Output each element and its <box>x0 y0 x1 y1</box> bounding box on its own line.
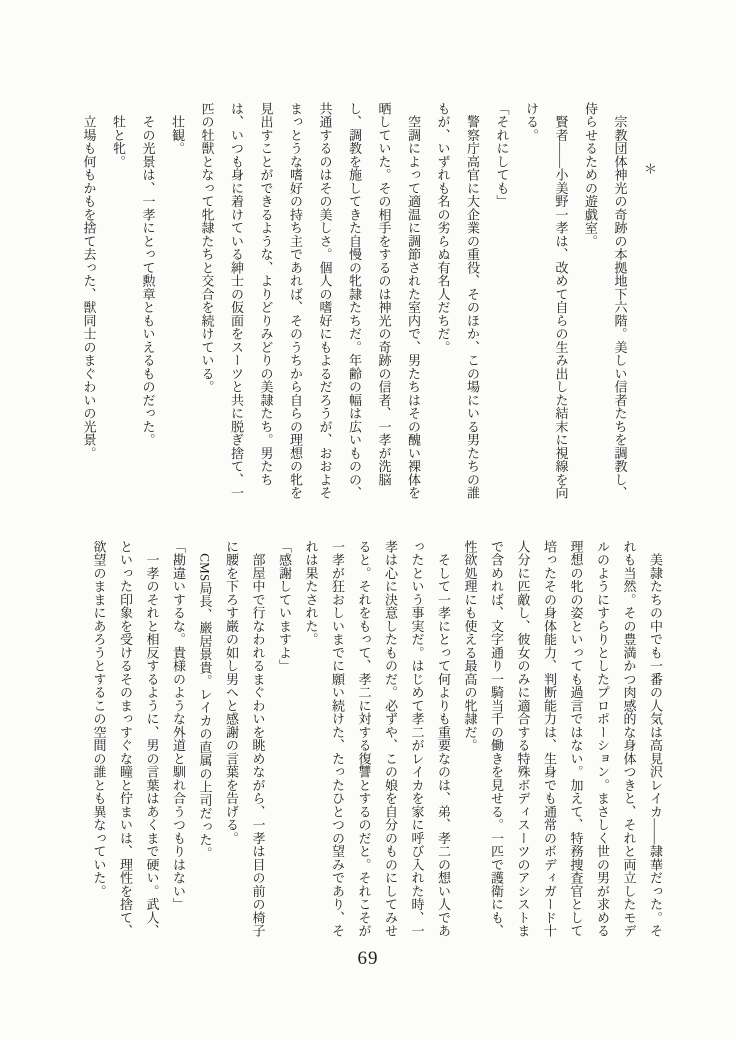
text-line: その光景は、一孝にとって勲章ともいえるものだった。 <box>133 102 163 502</box>
scanned-book-page: ＊ 宗教団体神光の奇跡の本拠地下六階。美しい信者たちを調教し、侍らせるための遊戯… <box>0 0 736 1039</box>
text-line: 共通するのはその美しさ。個人の嗜好にもよるだろうが、おおよそ <box>310 102 340 502</box>
text-line: 「感謝していますよ」 <box>271 540 298 940</box>
text-line: 立場も何もかもを捨て去った、獣同士のまぐわいの光景。 <box>74 102 104 502</box>
text-line: 宗教団体神光の奇跡の本拠地下六階。美しい信者たちを調教し、 <box>605 102 635 502</box>
text-line: 牡と牝。 <box>104 102 134 502</box>
text-line: 「勘違いするな。貴様のような外道と馴れ合うつもりはない」 <box>165 540 192 940</box>
text-line: そして一孝にとって何よりも重要なのは、弟、孝二の想い人であ <box>430 540 457 940</box>
text-line: 部屋中で行なわれるまぐわいを眺めながら、一孝は目の前の椅子 <box>244 540 271 940</box>
text-line: 欲望のままにあろうとするこの空間の誰とも異なっていた。 <box>85 540 112 940</box>
text-line: もが、いずれも名の劣らぬ有名人だちだ。 <box>428 102 458 502</box>
text-line: 一孝が狂おしいまでに願い続けた、たったひとつの望みであり、そ <box>324 540 351 940</box>
text-line: に腰を下ろす巌の如し男へと感謝の言葉を告げる。 <box>218 540 245 940</box>
text-line: 賢者――小美野一孝は、改めて自らの生み出した結末に視線を向 <box>546 102 576 502</box>
text-line: 一孝のそれと相反するように、男の言葉はあくまで硬い。武人、 <box>138 540 165 940</box>
text-line: ると。それをもって、孝二に対する復讐とするのだと。それこそが <box>350 540 377 940</box>
text-line: 孝は心に決意したものだ。必ずや、この娘を自分のものにしてみせ <box>377 540 404 940</box>
text-line: 人分に匹敵し、彼女のみに適合する特殊ボディスーツのアシストま <box>509 540 536 940</box>
section-divider-asterisk: ＊ <box>635 102 665 502</box>
text-line: ルのようにすらりとしたプロポーション。まさしく世の男が求める <box>589 540 616 940</box>
text-line: し、調教を施してきた自慢の牝隷たちだ。年齢の幅は広いものの、 <box>340 102 370 502</box>
text-line: 警察庁高官に大企業の重役、そのほか、この場にいる男たちの誰 <box>458 102 488 502</box>
text-block-lower: 美隷たちの中でも一番の人気は高見沢レイカ――隷華だった。それも当然。その豊満かつ… <box>85 540 668 940</box>
text-line: ける。 <box>517 102 547 502</box>
upper-text-lines: 宗教団体神光の奇跡の本拠地下六階。美しい信者たちを調教し、侍らせるための遊戯室。… <box>74 102 635 502</box>
text-line: 見出すことができるような、よりどりみどりの美隷たち。男たち <box>251 102 281 502</box>
text-line: ったという事実だ。はじめて孝二がレイカを家に呼び入れた時、一 <box>403 540 430 940</box>
page-number: 69 <box>0 948 736 970</box>
text-line: 侍らせるための遊戯室。 <box>576 102 606 502</box>
text-line: 壮観。 <box>163 102 193 502</box>
text-line: 美隷たちの中でも一番の人気は高見沢レイカ――隷華だった。そ <box>642 540 669 940</box>
text-line: で含めれば、文字通り一騎当千の働きを見せる。一匹で護衛にも、 <box>483 540 510 940</box>
text-line: 「それにしても」 <box>487 102 517 502</box>
text-line: といった印象を受けるそのまっすぐな瞳と佇まいは、理性を捨て、 <box>112 540 139 940</box>
text-line: は、いつも身に着けている紳士の仮面をスーツと共に脱ぎ捨て、一 <box>222 102 252 502</box>
text-line: れも当然。その豊満かつ肉感的な身体つきと、それと両立したモデ <box>615 540 642 940</box>
text-line: 匹の牡獣となって牝隷たちと交合を続けている。 <box>192 102 222 502</box>
text-line: 培ったその身体能力、判断能力は、生身でも通常のボディガード十 <box>536 540 563 940</box>
lower-text-lines: 美隷たちの中でも一番の人気は高見沢レイカ――隷華だった。それも当然。その豊満かつ… <box>85 540 668 940</box>
text-line: まっとうな嗜好の持ち主であれば、そのうちから自らの理想の牝を <box>281 102 311 502</box>
text-line: れは果たされた。 <box>297 540 324 940</box>
text-block-upper: ＊ 宗教団体神光の奇跡の本拠地下六階。美しい信者たちを調教し、侍らせるための遊戯… <box>74 102 664 502</box>
text-line: 空調によって適温に調節された室内で、男たちはその醜い裸体を <box>399 102 429 502</box>
text-line: 理想の牝の姿といっても過言ではない。加えて、特務捜査官として <box>562 540 589 940</box>
text-line: 性欲処理にも使える最高の牝隷だ。 <box>456 540 483 940</box>
text-line: CMS局長、巌居景貴。レイカの直属の上司だった。 <box>191 540 218 940</box>
text-line: 晒していた。その相手をするのは神光の奇跡の信者、一孝が洗脳 <box>369 102 399 502</box>
